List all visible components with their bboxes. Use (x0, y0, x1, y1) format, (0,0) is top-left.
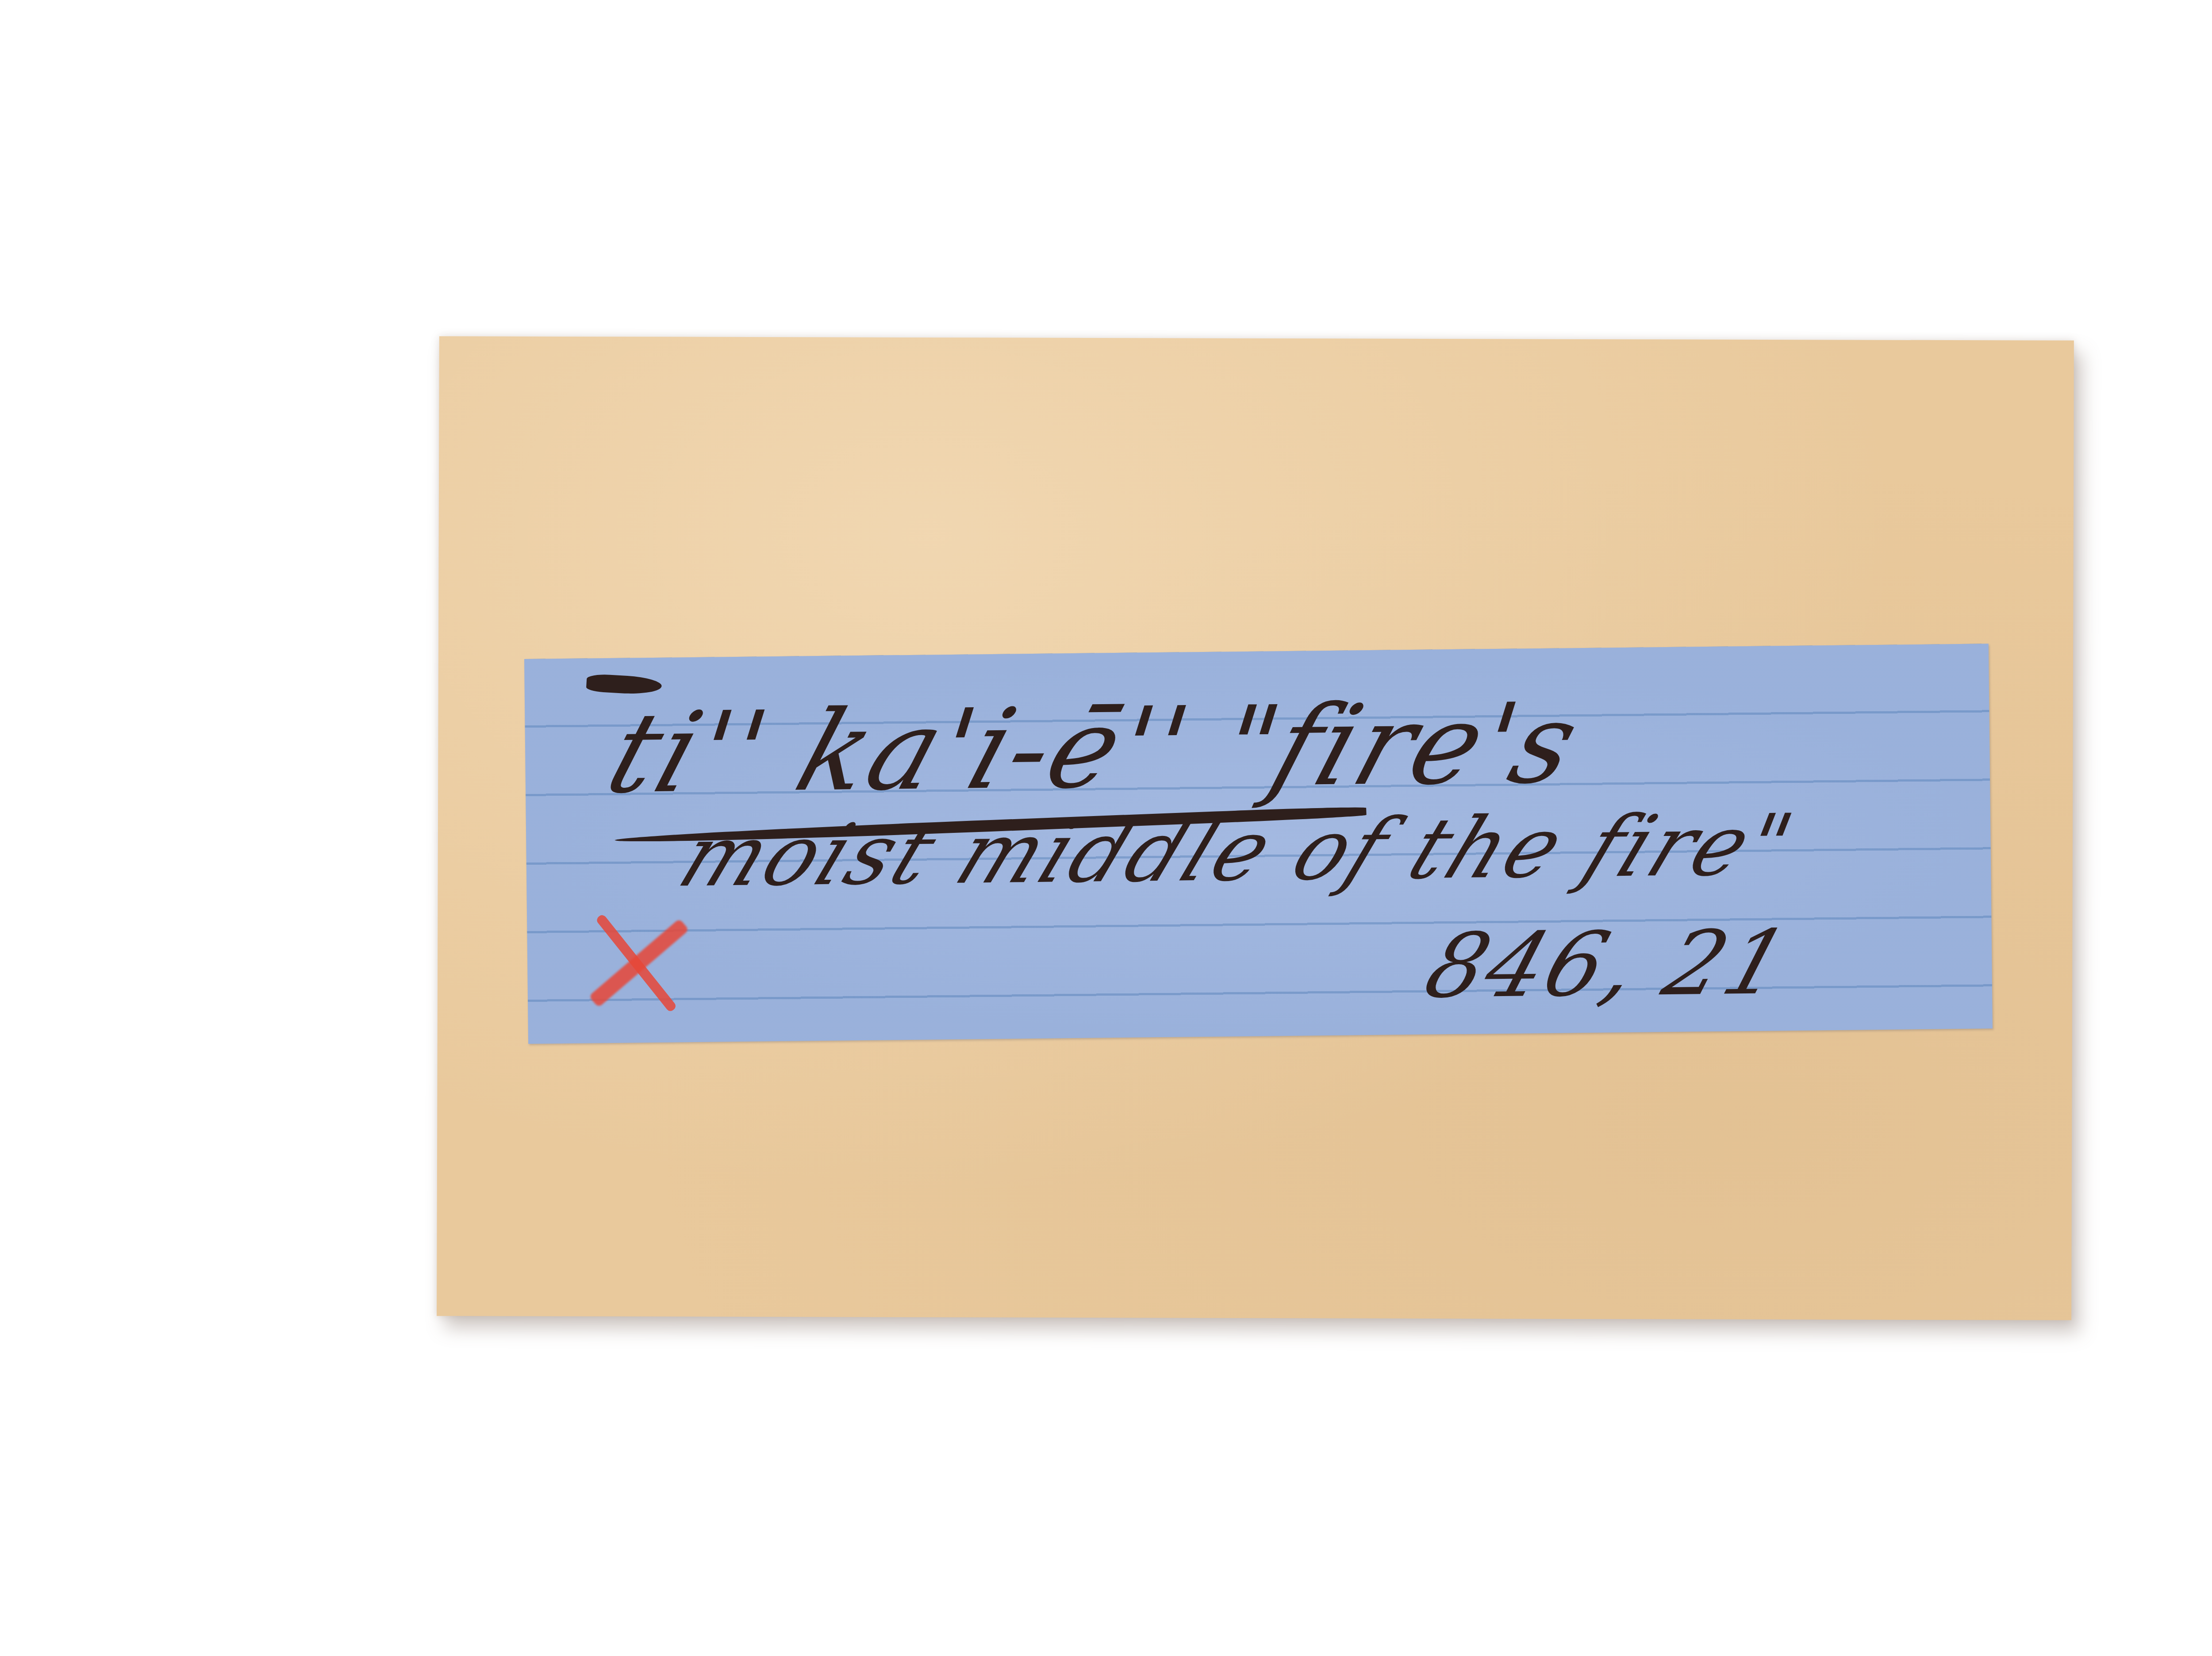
handwritten-reference-number: 846, 21 (1414, 911, 1803, 1018)
handwritten-translation: moist middle of the fire" (666, 796, 1809, 906)
handwritten-slip: ti'' ka'i-ē'' "fire's moist middle of th… (524, 644, 1993, 1044)
handwritten-term: ti'' ka'i-ē'' "fire's (593, 679, 1595, 818)
red-x-mark-icon (584, 907, 687, 1010)
